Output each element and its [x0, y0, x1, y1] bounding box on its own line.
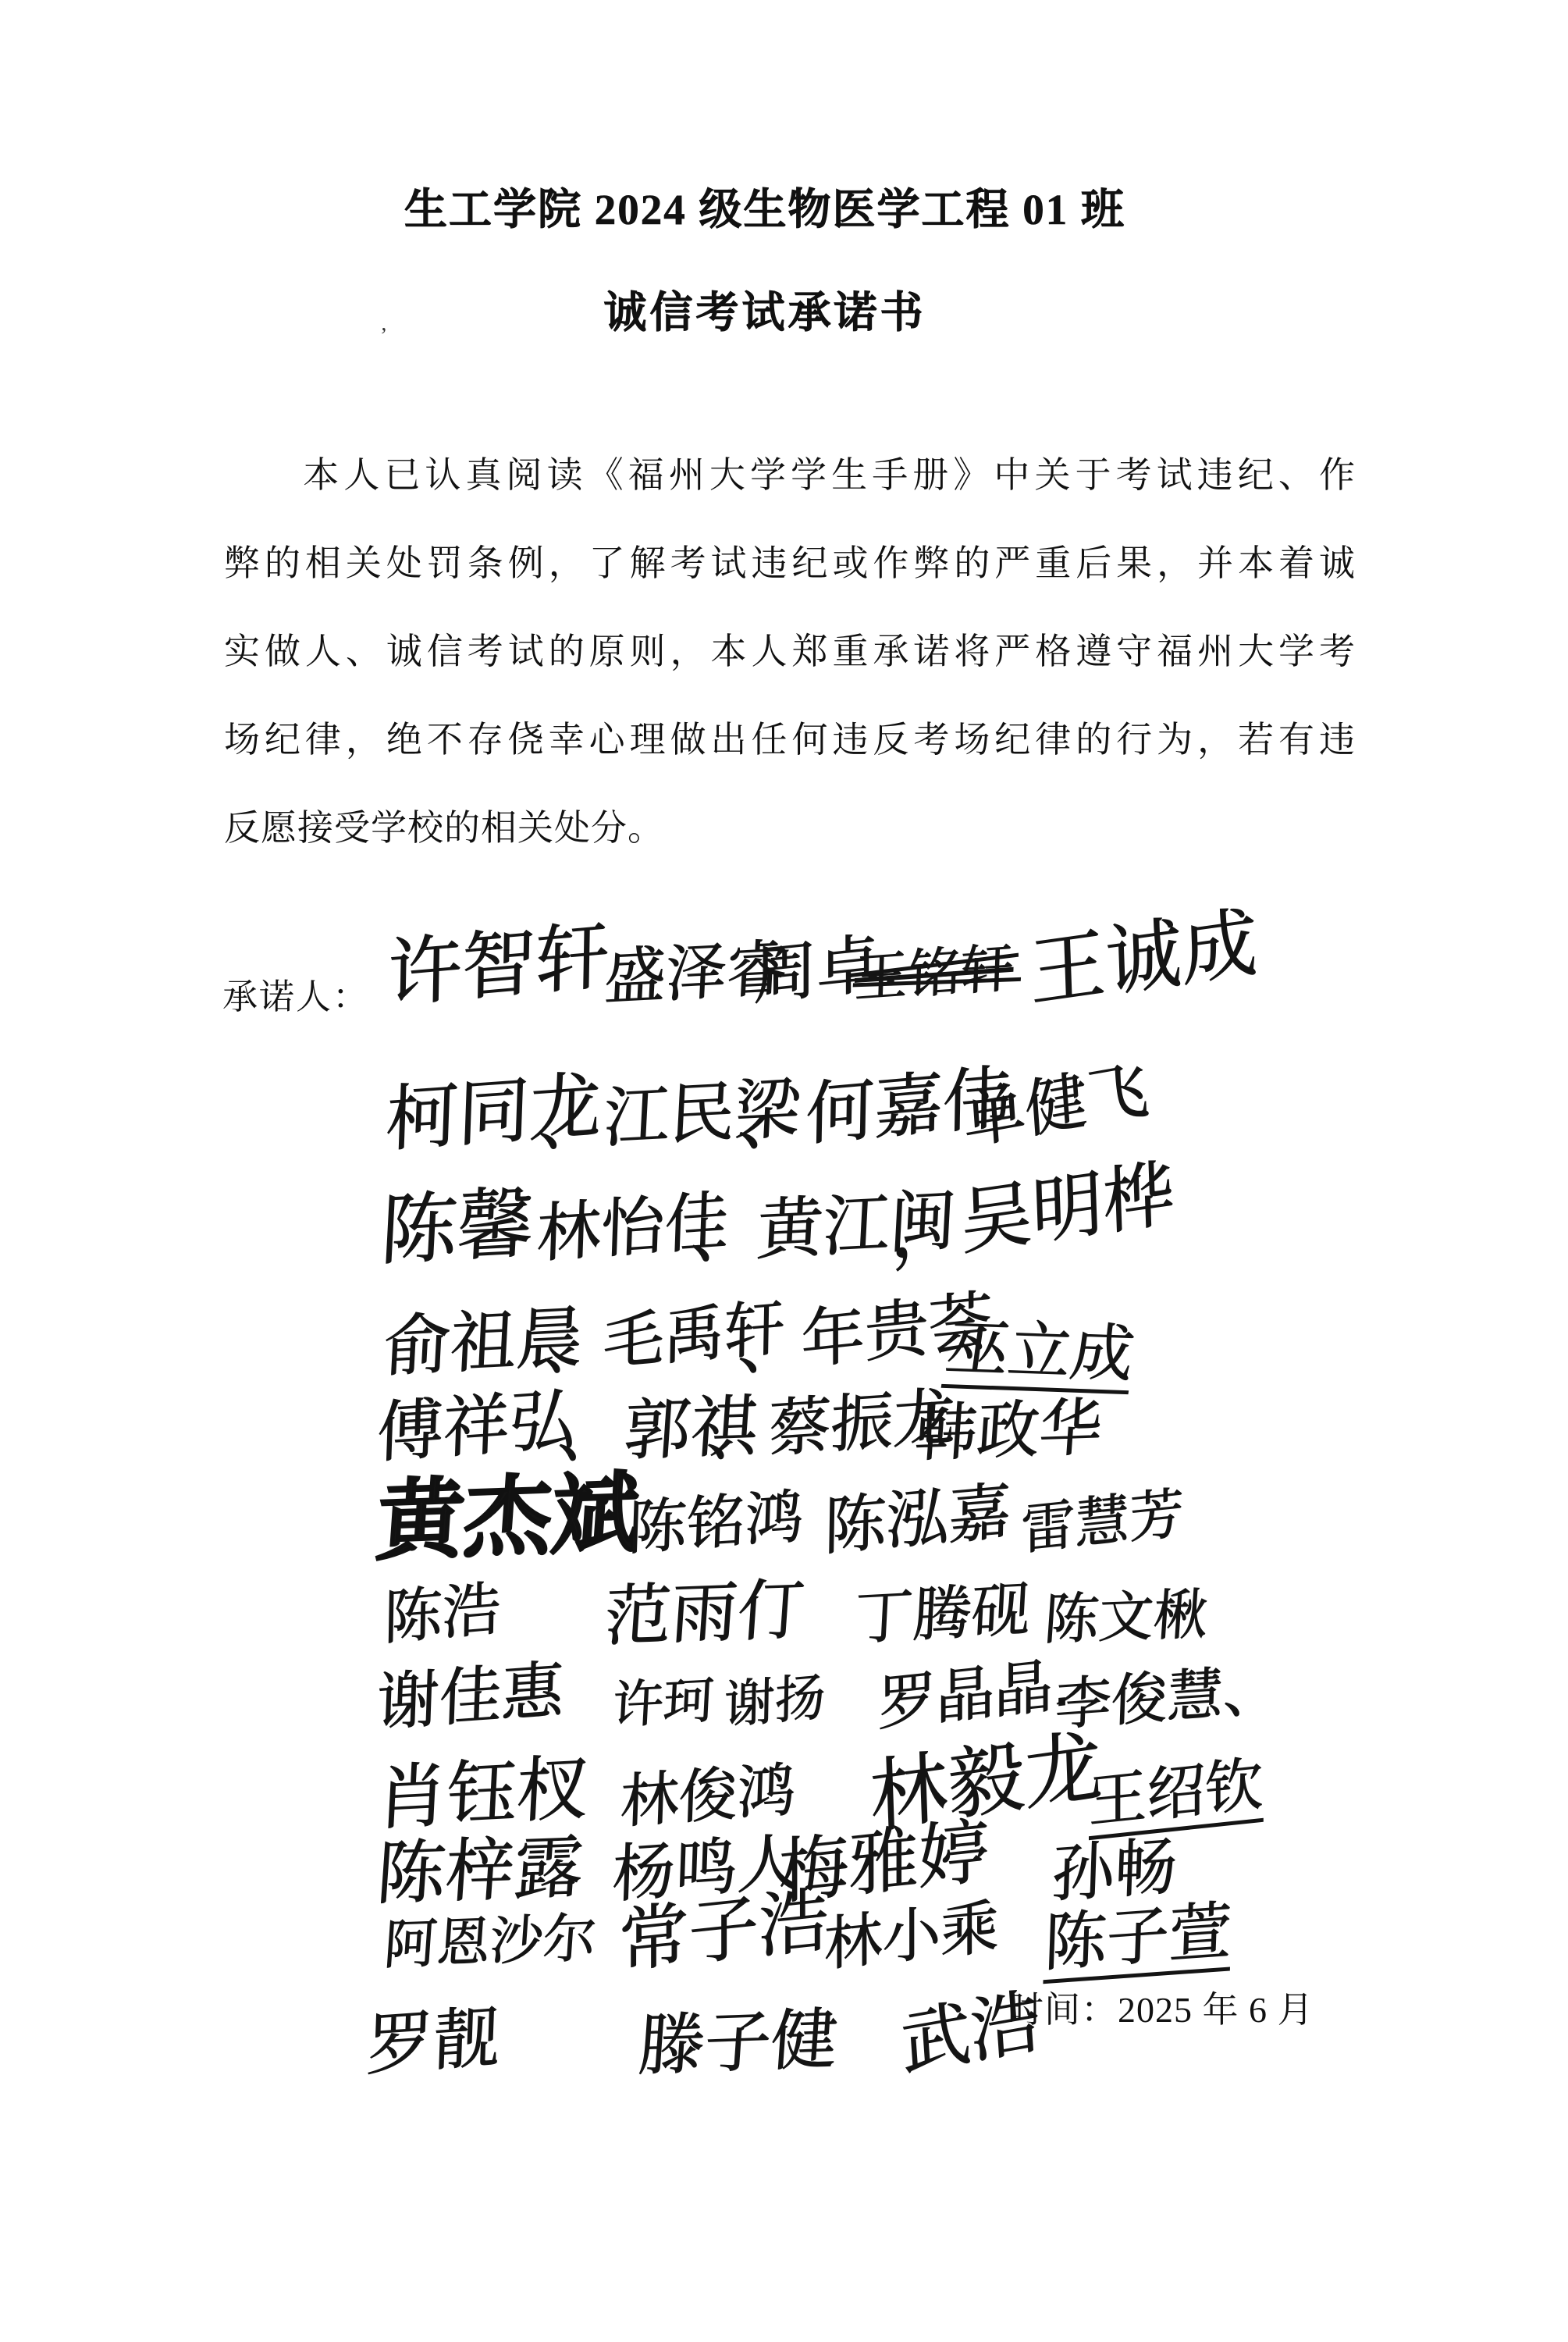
signature: 阿恩沙尔 [382, 1912, 599, 1973]
signature: 巫立成 [941, 1317, 1139, 1394]
signature: 范雨仃 [603, 1577, 806, 1650]
signatures-layer: 许智轩盛泽睿周卓.王铭轩王诚成柯同龙、江民梁、何嘉伟单健飞陈馨林怡佳、黄江闽，吴… [0, 0, 1568, 2342]
signature: 黄杰斌 [374, 1469, 642, 1566]
signature: 孙畅 [1051, 1835, 1178, 1907]
time-label: 时间：2025 年 6 月 [1008, 1981, 1314, 2033]
signature: 雷慧芳 [1021, 1486, 1184, 1557]
signature: 罗靓 [366, 2004, 501, 2080]
signature: 王诚成 [1029, 904, 1259, 1013]
signature: 韩政华 [912, 1397, 1104, 1466]
signature: 陈梓露 [375, 1833, 585, 1909]
signature: 肖钰杈 [375, 1753, 589, 1835]
signature: 罗晶晶. [878, 1655, 1071, 1734]
signature: 林小乘 [824, 1897, 999, 1974]
document-page: 生工学院 2024 级生物医学工程 01 班 诚信考试承诺书 ’ 本人已认真阅读… [0, 0, 1568, 2342]
signature: 陈馨 [379, 1186, 535, 1271]
signature: 陈文楸 [1043, 1587, 1211, 1648]
signature: 许珂 [611, 1675, 715, 1732]
signature: 陈铭鸿 [628, 1487, 805, 1558]
signature: 傅祥弘 [376, 1386, 577, 1467]
signature: 滕子健 [636, 2006, 840, 2080]
signature: 陈泓嘉 [823, 1480, 1011, 1559]
signature: 丁腾砚 [853, 1580, 1032, 1648]
signature: 王绍钦 [1089, 1754, 1264, 1840]
signature: 陈浩 [383, 1579, 501, 1648]
signature: 许智轩 [387, 919, 610, 1013]
signature: ，吴明桦 [888, 1158, 1175, 1270]
signature: 谢佳惠 [376, 1659, 565, 1735]
signature: 常子浩 [619, 1885, 829, 1978]
signature: 林俊鸿 [620, 1760, 797, 1831]
signature: 陈子萱 [1043, 1899, 1232, 1984]
signature: 谢扬 [724, 1671, 826, 1732]
signature: 王铭轩 [854, 942, 1015, 1007]
